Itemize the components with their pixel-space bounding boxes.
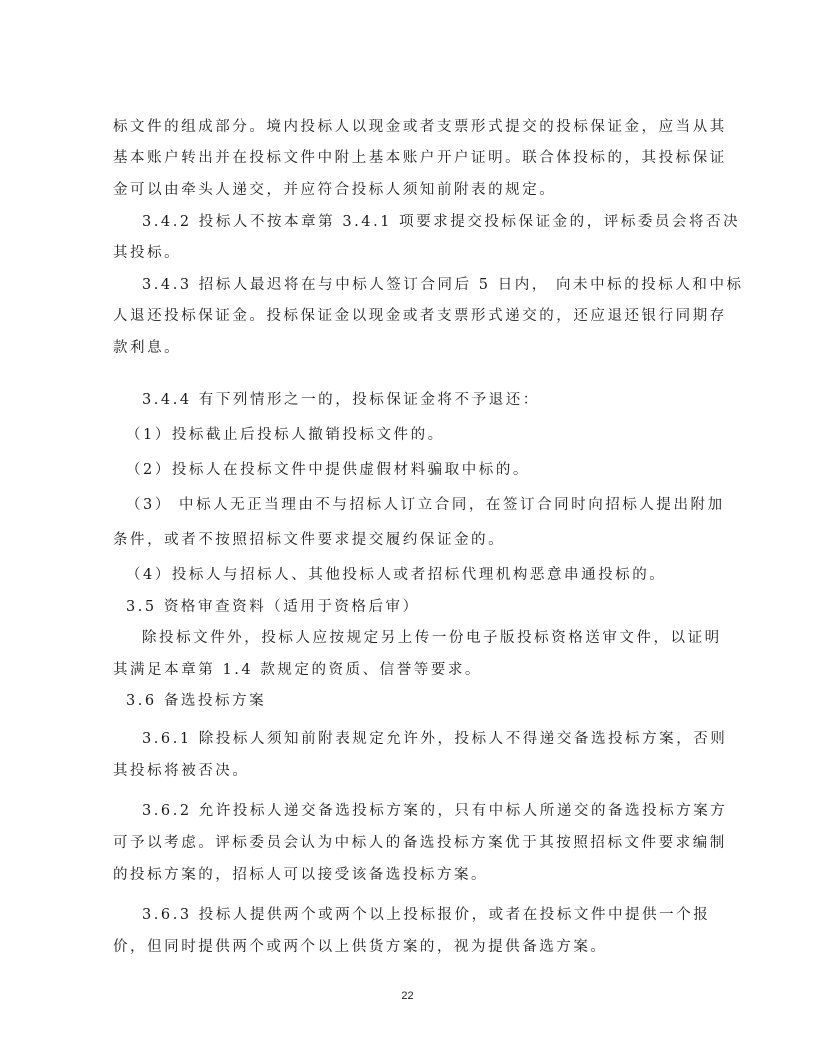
- text-line: 金可以由牵头人递交，并应符合投标人须知前附表的规定。: [113, 175, 703, 206]
- text-line: 除投标文件外，投标人应按规定另上传一份电子版投标资格送审文件，以证明: [142, 623, 703, 654]
- text-line: 3.4.3 招标人最迟将在与中标人签订合同后 5 日内， 向未中标的投标人和中标: [142, 270, 703, 301]
- text-line: （4）投标人与招标人、其他投标人或者招标代理机构恶意串通投标的。: [126, 560, 703, 591]
- document-page: 标文件的组成部分。境内投标人以现金或者支票形式提交的投标保证金，应当从其基本账户…: [0, 0, 815, 1055]
- text-line: 3.5 资格审查资料（适用于资格后审）: [126, 592, 703, 623]
- text-line: 价，但同时提供两个或两个以上供货方案的，视为提供备选方案。: [113, 932, 703, 963]
- text-line: （1）投标截止后投标人撤销投标文件的。: [126, 420, 703, 451]
- text-line: 其满足本章第 1.4 款规定的资质、信誉等要求。: [113, 655, 703, 686]
- text-line: 其投标将被否决。: [113, 756, 703, 787]
- text-line: （3） 中标人无正当理由不与招标人订立合同，在签订合同时向招标人提出附加: [126, 490, 703, 521]
- text-line: 3.4.2 投标人不按本章第 3.4.1 项要求提交投标保证金的，评标委员会将否…: [142, 207, 703, 238]
- text-line: （2）投标人在投标文件中提供虚假材料骗取中标的。: [126, 455, 703, 486]
- text-line: 条件，或者不按照招标文件要求提交履约保证金的。: [113, 525, 703, 556]
- text-line: 3.6 备选投标方案: [126, 686, 703, 717]
- text-line: 3.4.4 有下列情形之一的，投标保证金将不予退还：: [142, 385, 703, 416]
- text-line: 其投标。: [113, 238, 703, 269]
- text-line: 3.6.2 允许投标人递交备选投标方案的，只有中标人所递交的备选投标方案方: [142, 796, 703, 827]
- text-line: 3.6.3 投标人提供两个或两个以上投标报价，或者在投标文件中提供一个报: [142, 900, 703, 931]
- text-line: 款利息。: [113, 333, 703, 364]
- text-line: 标文件的组成部分。境内投标人以现金或者支票形式提交的投标保证金，应当从其: [113, 112, 703, 143]
- text-line: 的投标方案的，招标人可以接受该备选投标方案。: [113, 860, 703, 891]
- text-line: 基本账户转出并在投标文件中附上基本账户开户证明。联合体投标的，其投标保证: [113, 143, 703, 174]
- text-line: 可予以考虑。评标委员会认为中标人的备选投标方案优于其按照招标文件要求编制: [113, 828, 703, 859]
- text-line: 3.6.1 除投标人须知前附表规定允许外，投标人不得递交备选投标方案，否则: [142, 724, 703, 755]
- page-number: 22: [0, 990, 815, 1002]
- text-line: 人退还投标保证金。投标保证金以现金或者支票形式递交的，还应退还银行同期存: [113, 301, 703, 332]
